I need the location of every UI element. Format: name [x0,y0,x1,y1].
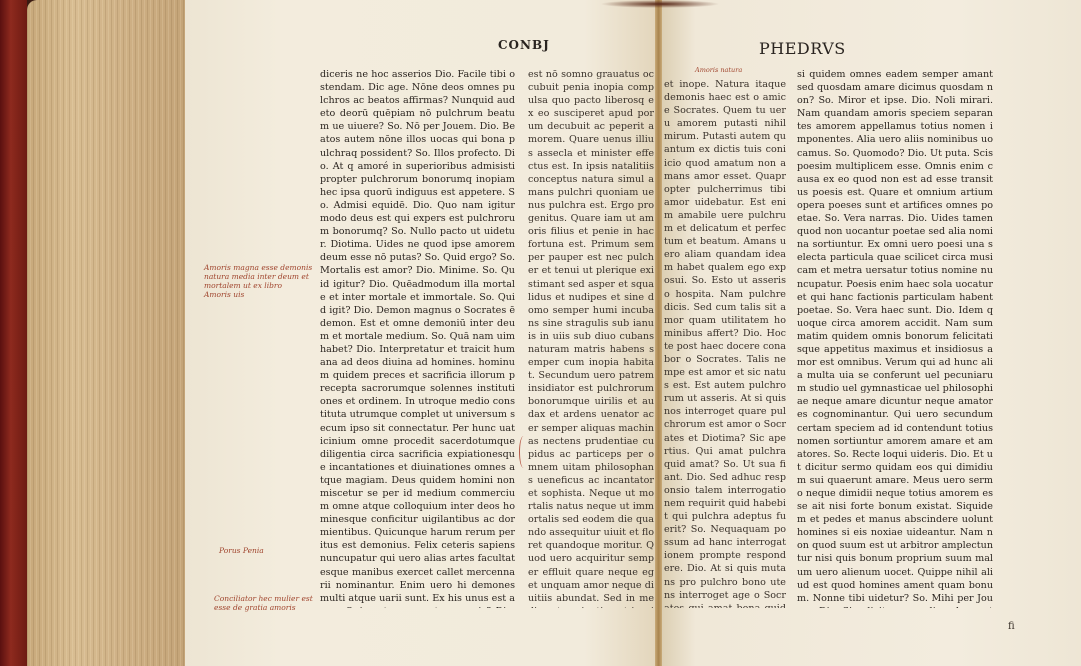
marginal-bracket [519,436,528,468]
running-head-right: PHEDRVS [759,39,846,58]
page-fore-edge [27,0,185,666]
marginal-note: Porus Penia [219,546,279,555]
spine-shadow [600,0,720,8]
marginal-note: Amoris magna esse demonis natura media i… [204,263,319,299]
running-head-left: CONBJ [498,38,550,52]
signature-mark: fi [1008,621,1015,632]
book-gutter [655,0,662,666]
text-column-1: diceris ne hoc asserios Dio. Facile tibi… [320,68,515,608]
text-column-2: est nō somno grauatus occubuit penia ino… [528,68,654,608]
marginal-note: Conciliator hec mulier est esse de grati… [214,594,324,612]
text-column-4: si quidem omnes eadem semper amant sed q… [797,68,993,608]
marginal-note: Amoris natura [695,66,755,75]
marginal-note-line: Amoris magna esse demonis natura media i… [204,263,319,290]
marginal-note-line: Amoris uis [204,290,319,299]
text-column-3: et inope. Natura itaque demonis haec est… [664,78,786,608]
book-binding [0,0,27,666]
